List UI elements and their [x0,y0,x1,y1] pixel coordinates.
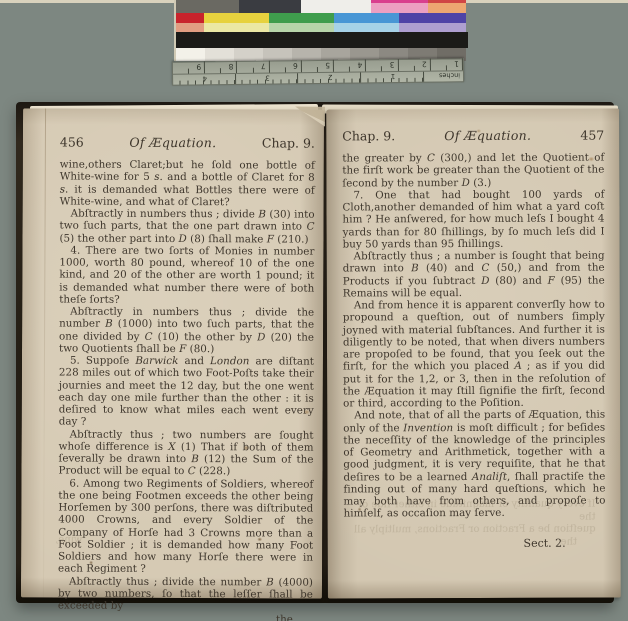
right-page-header: Chap. 9. Of Æquation. 457 [342,128,604,144]
page-number: 456 [60,135,84,150]
color-swatch [399,23,466,32]
ruler-unit-label: inches [424,71,463,81]
color-swatch [234,48,263,61]
ruler-tick-cell: 7 [237,61,269,73]
color-swatch [269,23,334,32]
body-paragraph: 4. There are two ſorts of Monies in numb… [59,244,314,306]
color-swatch [269,13,334,23]
color-swatch [263,48,292,61]
color-swatch [205,48,234,61]
ruler-tick-cell: 8 [205,61,237,73]
body-paragraph: Abſtractly in numbers thus ; divide B (3… [59,208,314,246]
color-swatch [399,13,466,23]
right-page: Chap. 9. Of Æquation. 457 the greater by… [326,108,621,598]
color-swatch [204,13,269,23]
color-swatch [176,0,239,13]
body-paragraph: Abſtractly thus ; divide the number B (4… [58,575,313,613]
calibration-row-top [176,0,468,13]
foxing-spot [476,129,481,133]
left-page-header: 456 Of Æquation. Chap. 9. [60,135,315,151]
ruler-tick-cell: 1 [361,72,424,83]
body-paragraph: the greater by C (300,) and let the Quot… [342,152,604,190]
body-paragraph: Abſtractly in numbers thus ; divide the … [59,306,314,356]
catchword: the [58,613,313,621]
right-page-body: the greater by C (300,) and let the Quot… [342,152,605,520]
open-book: 456 Of Æquation. Chap. 9. wine,others Cl… [16,102,614,603]
ruler-tick-cell: 9 [173,61,205,73]
color-calibration-target [174,0,468,61]
left-page-body: wine,others Claret;but he ſold one bottl… [58,159,315,613]
body-paragraph: 6. Among two Regiments of Soldiers, wher… [58,477,313,576]
calibration-row-bright [176,13,468,23]
color-swatch [371,0,428,13]
color-swatch [204,23,269,32]
black-glossy-band [176,32,468,48]
running-title: Of Æquation. [444,128,531,143]
ruler-tick-cell: 2 [299,72,362,83]
inch-ruler: inches 1234 123456789 [172,58,464,86]
scanned-book-photo: inches 1234 123456789 456 Of Æquation. C… [0,0,628,621]
body-paragraph: 5. Suppoſe Barwick and London are diſtan… [59,355,314,430]
ghost-text: wine, [55,534,82,547]
foxing-spot [588,157,594,162]
ruler-tick-cell: 4 [334,59,366,71]
color-swatch [239,0,301,13]
ghost-text: If every quantity or magnitude in either… [346,499,596,550]
ruler-tick-cell: 6 [270,60,302,72]
body-paragraph: wine,others Claret;but he ſold one bottl… [60,159,315,209]
ruler-tick-cell: 4 [173,74,236,85]
ruler-tick-cell: 3 [366,59,398,71]
ruler-tick-cell: 5 [302,60,334,72]
foxing-spot [304,410,310,415]
running-title: Of Æquation. [129,135,216,150]
color-swatch [428,0,466,13]
left-page: 456 Of Æquation. Chap. 9. wine,others Cl… [21,108,324,598]
foxing-spot [89,561,93,565]
ruler-tick-cell: 2 [398,59,430,71]
foxing-spot [257,537,262,541]
foxing-spot [358,507,362,511]
color-swatch [334,13,399,23]
color-swatch [176,13,204,23]
body-paragraph: Abſtractly thus ; a number is ſought tha… [343,250,605,300]
body-paragraph: And from hence it is apparent converſly … [343,299,605,410]
ruler-tick-cell: 3 [236,73,299,84]
color-swatch [176,23,204,32]
body-paragraph: 7. One that had bought 100 yards of Clot… [342,188,604,250]
chapter-heading: Chap. 9. [262,135,315,150]
color-swatch [301,0,371,13]
ruler-tick-cell: 1 [431,58,463,70]
color-swatch [176,48,205,61]
page-number: 457 [580,128,604,143]
foxing-spot [244,445,249,450]
color-swatch [334,23,399,32]
chapter-heading: Chap. 9. [342,128,395,143]
calibration-row-pale [176,23,468,32]
body-paragraph: Abſtractly thus ; two numbers are ſought… [58,428,313,478]
